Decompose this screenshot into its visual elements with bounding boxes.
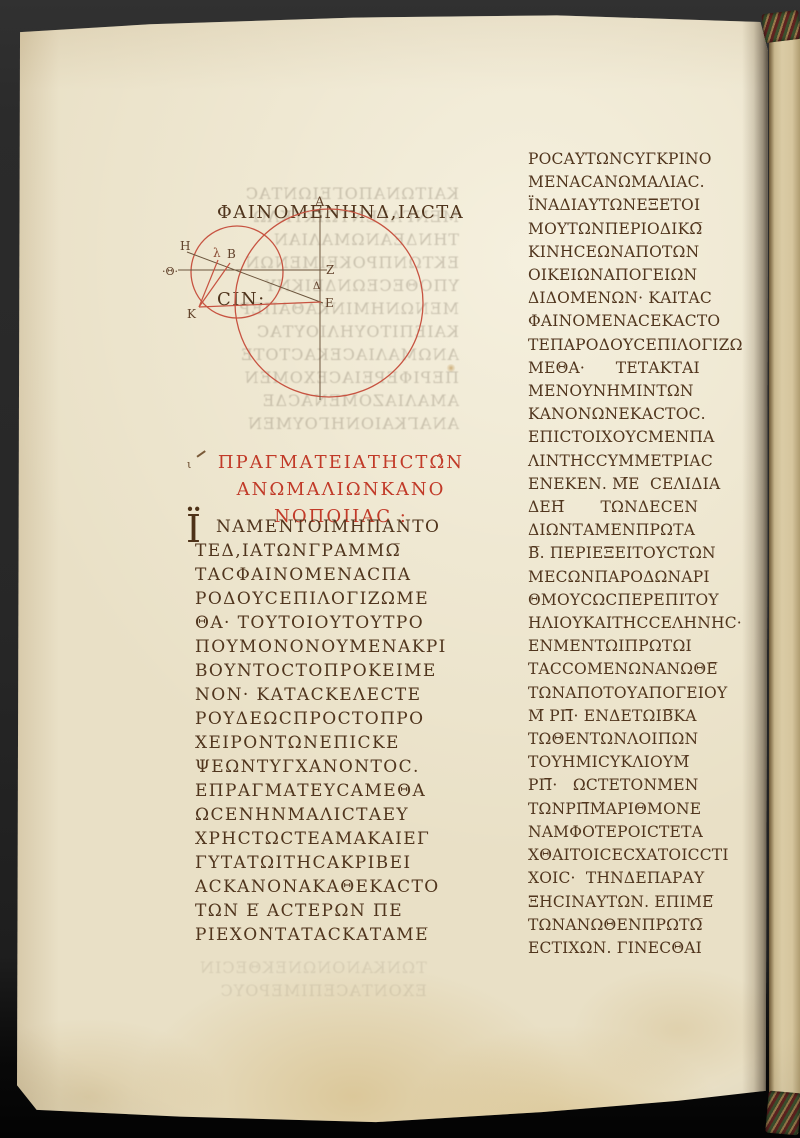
- rubric-line: ΠΡΑΓΜΑΤΕΙΑΤΗСΤΩ̂Ν: [205, 449, 477, 476]
- gutter-fold-shadow: [742, 12, 768, 1130]
- text-line: ΛΙΝΤΗССΥΜΜΕΤΡΙΑС: [528, 450, 743, 473]
- text-line: ΤΩΝΡΠ̅Μ̈ΑΡΙΘΜΟΝΕ: [528, 798, 743, 821]
- label-delta: Δ: [313, 281, 320, 292]
- text-line: ΘΜΟΥСΩСΠΕΡΕΠΙΤΟΥ: [528, 589, 743, 612]
- showthrough-line: ΕΧΟΝΤΑСΕΠΙΜΕΡΟΥС: [199, 979, 427, 1002]
- text-line: ΝΑΜΦΟΤΕΡΟΙСΤΕΤΑ: [528, 821, 743, 844]
- text-line: ΞΗСΙΝΑΥΤΩΝ. ΕΠΙΜΕ̅: [528, 891, 743, 914]
- text-line: ΡΟΔΟΥСΕΠΙΛΟΓΙΖΩΜΕ: [195, 587, 447, 611]
- label-z: Ζ: [326, 263, 334, 277]
- text-line: ΒΟΥΝΤΟСΤΟΠΡΟΚΕΙΜΕ: [195, 659, 447, 683]
- endband-top: [761, 10, 800, 43]
- text-line: ΝΑΜΕΝΤΟΙΜΗΠΑΝΤΟ: [195, 515, 447, 539]
- text-line: ΜΕΝΟΥΝΗΜΙΝΤΩΝ: [528, 380, 743, 403]
- showthrough-line: ΤΩΝΚΑΝΟΝΩΝΕΚΘΕСΙΝ: [199, 956, 427, 979]
- text-line: ΔΕΗ̅ ΤΩΝΔΕСΕΝ: [528, 496, 743, 519]
- text-line: ΚΑΝΟΝΩΝΕΚΑСΤΟС.: [528, 403, 743, 426]
- text-line: ΤΕΔ,ΙΑΤΩΝΓΡΑΜΜΩ̅: [195, 539, 447, 563]
- text-line: ΩСΕΝΗΝΜΑΛΙСΤΑΕΥ: [195, 803, 447, 827]
- parchment-page: ΚΑΙΤΩΝΑΠΟΓΕΙΩΝΤΑСΜΕΝΓΑΡΕΝΤΩΙΚΥΚΛΩΤΗΝΔΕΑΝ…: [14, 12, 768, 1130]
- text-line: ΤΟΥΗΜΙСΥΚΛΙΟΥΜ̅: [528, 751, 743, 774]
- text-line: ΡΟΥΔΕΩСΠΡΟСΤΟΠΡΟ: [195, 707, 447, 731]
- label-lambda: λ: [213, 246, 221, 260]
- text-line: ΠΟΥΜΟΝΟΝΟΥΜΕΝΑΚΡΙ: [195, 635, 447, 659]
- label-k: Κ: [187, 307, 197, 321]
- k-e-line: [199, 302, 321, 307]
- text-line: ΡΟСΑΥΤΩΝСΥΓΚΡΙΝΟ: [528, 148, 743, 171]
- text-line: ΔΙΔΟΜΕΝΩΝ· ΚΑΙΤΑС: [528, 287, 743, 310]
- label-b: Β: [227, 247, 236, 261]
- epicycle-deferent-diagram: Α Η λ Β ·Θ· Ζ Δ Ε Κ: [160, 195, 452, 427]
- rubric-line: ΑΝΩΜΑΛΙΩΝΚΑΝΟ: [205, 476, 477, 503]
- text-line: ΤΩΝΑΠΟΤΟΥΑΠΟΓΕΙΟΥ: [528, 682, 743, 705]
- facing-page-edge: [769, 36, 800, 1104]
- text-line: ΤΩΘΕΝΤΩΝΛΟΙΠΩΝ: [528, 728, 743, 751]
- text-line: ΤΑСΦΑΙΝΟΜΕΝΑСΠΑ: [195, 563, 447, 587]
- label-theta: ·Θ·: [162, 265, 178, 278]
- text-line: ΧΟΙС· ΤΗΝΔΕΠΑΡΑΥ: [528, 867, 743, 890]
- text-line: ΡΠ̅· ΩСΤΕΤΟΝΜΕΝ: [528, 774, 743, 797]
- text-line: ΝΟΝ· ΚΑΤΑСΚΕΛΕСΤΕ: [195, 683, 447, 707]
- verso-showthrough-lower: ΤΩΝΚΑΝΟΝΩΝΕΚΘΕСΙΝΕΧΟΝΤΑСΕΠΙΜΕΡΟΥС: [199, 956, 427, 1002]
- text-line: ΟΙΚΕΙΩΝΑΠΟΓΕΙΩΝ: [528, 264, 743, 287]
- text-line: ΪΝΑΔΙΑΥΤΩΝΕΞΕΤΟΙ: [528, 194, 743, 217]
- text-line: ΕΠΡΑΓΜΑΤΕΥСΑΜΕΘΑ: [195, 779, 447, 803]
- text-line: ΜΕСΩΝΠΑΡΟΔΩΝΑΡΙ: [528, 566, 743, 589]
- text-line: Μ̅ ΡΠ̅· ΕΝΔΕΤΩΙΒ̅ΚΑ: [528, 705, 743, 728]
- text-line: ΕΝΕΚΕΝ. Μ̅Ε СΕΛΙΔΙΑ: [528, 473, 743, 496]
- right-text-column: ΡΟСΑΥΤΩΝСΥΓΚΡΙΝΟΜΕΝΑСΑΝΩΜΑΛΙΑС.ΪΝΑΔΙΑΥΤΩ…: [528, 148, 743, 960]
- text-line: ΜΕΝΑСΑΝΩΜΑΛΙΑС.: [528, 171, 743, 194]
- text-line: ΤΕΠΑΡΟΔΟΥСΕΠΙΛΟΓΙΖΩ: [528, 334, 743, 357]
- manuscript-photo: ΚΑΙΤΩΝΑΠΟΓΕΙΩΝΤΑСΜΕΝΓΑΡΕΝΤΩΙΚΥΚΛΩΤΗΝΔΕΑΝ…: [0, 0, 800, 1138]
- text-line: ΧΡΗСΤΩСΤΕΑΜΑΚΑΙΕΓ: [195, 827, 447, 851]
- text-line: ΚΙΝΗСΕΩΝΑΠΟΤΩΝ: [528, 241, 743, 264]
- text-line: ΕΝΜΕΝΤΩΙΠΡΩΤΩΙ: [528, 635, 743, 658]
- text-line: ΜΕΘΑ· ΤΕΤΑΚΤΑΙ: [528, 357, 743, 380]
- endband-bottom: [765, 1091, 800, 1136]
- text-line: ΕСΤΙΧΩΝ. ΓΙΝΕСΘΑΙ: [528, 937, 743, 960]
- label-e: Ε: [325, 296, 334, 310]
- margin-mark: ι: [187, 458, 191, 471]
- text-line: ΤΑССΟΜΕΝΩΝΑΝΩΘΕ̅: [528, 658, 743, 681]
- text-line: ΗΛΙΟΥΚΑΙΤΗССΕΛΗΝΗС·: [528, 612, 743, 635]
- text-line: ΦΑΙΝΟΜΕΝΑСΕΚΑСΤΟ: [528, 310, 743, 333]
- text-line: ΔΙΩΝΤΑΜΕΝΠΡΩΤΑ: [528, 519, 743, 542]
- label-apogee: Α: [314, 195, 325, 210]
- text-line: ΧΕΙΡΟΝΤΩΝΕΠΙСΚΕ: [195, 731, 447, 755]
- text-line: ΨΕΩΝΤΥΓΧΑΝΟΝΤΟС.: [195, 755, 447, 779]
- left-text-column: ΝΑΜΕΝΤΟΙΜΗΠΑΝΤΟΤΕΔ,ΙΑΤΩΝΓΡΑΜΜΩ̅ΤΑСΦΑΙΝΟΜ…: [195, 515, 447, 947]
- text-line: Β̅. ΠΕΡΙΕΞΕΙΤΟΥСΤΩΝ: [528, 542, 743, 565]
- text-line: ΘΑ· ΤΟΥΤΟΙΟΥΤΟΥΤΡΟ: [195, 611, 447, 635]
- text-line: ΕΠΙСΤΟΙΧΟΥСΜΕΝΠΑ: [528, 426, 743, 449]
- text-line: ΜΟΥΤΩΝΠΕΡΙΟΔΙΚΩ̅: [528, 218, 743, 241]
- label-h: Η: [180, 239, 190, 253]
- parchment-stain: [446, 364, 456, 372]
- text-line: ΓΥΤΑΤΩΙΤΗСΑΚΡΙΒΕΙ: [195, 851, 447, 875]
- text-line: ΑСΚΑΝΟΝΑΚΑΘΕΚΑСΤ̅Ο: [195, 875, 447, 899]
- text-line: ΡΙΕΧΟΝΤΑΤΑСΚΑΤΑΜΕ̅: [195, 923, 447, 947]
- text-line: ΧΘΑΙΤΟΙСΕСΧΑΤΟΙССΤΙ: [528, 844, 743, 867]
- text-line: ΤΩΝ Ε̅ ΑСΤΕΡΩΝ ΠΕ: [195, 899, 447, 923]
- text-line: ΤΩΝΑΝΩΘΕΝΠΡΩΤΩ̅: [528, 914, 743, 937]
